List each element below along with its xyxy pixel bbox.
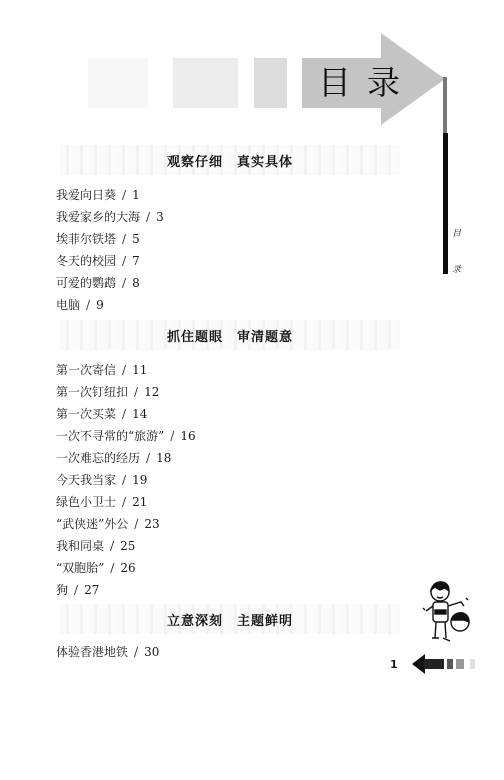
entry-separator: / [110,539,114,553]
entry-separator: / [122,363,126,377]
toc-entry[interactable]: 第一次买菜/14 [56,406,147,422]
entry-page: 14 [132,407,147,421]
entry-page: 21 [132,495,147,509]
entry-separator: / [170,429,174,443]
entry-title: “双胞胎” [56,561,104,575]
entry-title: 我爱向日葵 [56,188,116,202]
banner-fade-block-2 [173,58,238,108]
section-title: 观察仔细 真实具体 [60,151,400,170]
entry-separator: / [122,232,126,246]
entry-separator: / [86,298,90,312]
toc-entry[interactable]: 我和同桌/25 [56,538,135,554]
toc-entry[interactable]: 冬天的校园/7 [56,253,140,269]
entry-title: 今天我当家 [56,473,116,487]
entry-title: 第一次买菜 [56,407,116,421]
entry-title: 我和同桌 [56,539,104,553]
toc-entry[interactable]: 今天我当家/19 [56,472,147,488]
entry-title: 绿色小卫士 [56,495,116,509]
entry-separator: / [134,385,138,399]
entry-page: 27 [84,583,99,597]
entry-title: 第一次钉纽扣 [56,385,128,399]
toc-entry[interactable]: 埃菲尔铁塔/5 [56,231,140,247]
entry-separator: / [74,583,78,597]
entry-page: 5 [132,232,140,246]
section-header: 观察仔细 真实具体 [60,145,400,175]
footer-fade-block-3 [470,659,475,669]
entry-title: 电脑 [56,298,80,312]
entry-separator: / [134,645,138,659]
side-bar-top [443,77,447,133]
section-header: 立意深刻 主题鲜明 [60,604,400,634]
entry-separator: / [146,210,150,224]
footer-arrow-body [424,659,444,669]
entry-separator: / [122,407,126,421]
entry-title: 第一次寄信 [56,363,116,377]
toc-entry[interactable]: 第一次钉纽扣/12 [56,384,159,400]
entry-page: 11 [132,363,147,377]
entry-separator: / [122,495,126,509]
side-tab-char-1: 目 [452,226,461,239]
entry-title: 我爱家乡的大海 [56,210,140,224]
side-tab-char-2: 录 [452,262,461,275]
entry-page: 16 [180,429,195,443]
children-cartoon-icon [418,578,480,652]
entry-page: 8 [132,276,140,290]
entry-page: 12 [144,385,159,399]
entry-separator: / [134,517,138,531]
entry-title: 体验香港地铁 [56,645,128,659]
entry-separator: / [122,473,126,487]
toc-entry[interactable]: 我爱向日葵/1 [56,187,140,203]
toc-entry[interactable]: 可爱的鹦鹉/8 [56,275,140,291]
entry-separator: / [146,451,150,465]
entry-page: 1 [132,188,140,202]
toc-entry[interactable]: “武侠迷”外公/23 [56,516,160,532]
page-number: 1 [390,658,398,671]
entry-page: 23 [144,517,159,531]
toc-entry[interactable]: 第一次寄信/11 [56,362,147,378]
entry-title: 一次难忘的经历 [56,451,140,465]
entry-page: 19 [132,473,147,487]
section-title: 抓住题眼 审清题意 [60,326,400,345]
entry-title: 狗 [56,583,68,597]
banner-fade-block-1 [88,58,148,108]
section-title: 立意深刻 主题鲜明 [60,610,400,629]
entry-page: 25 [120,539,135,553]
section-header: 抓住题眼 审清题意 [60,320,400,350]
side-bar [443,133,448,274]
toc-entry[interactable]: 狗/27 [56,582,99,598]
banner-fade-block-3 [254,58,287,108]
entry-page: 3 [156,210,164,224]
entry-page: 9 [96,298,104,312]
toc-entry[interactable]: 一次不寻常的“旅游”/16 [56,428,196,444]
toc-entry[interactable]: 电脑/9 [56,297,104,313]
page-title: 目录 [318,60,416,106]
entry-title: 冬天的校园 [56,254,116,268]
entry-separator: / [122,188,126,202]
entry-page: 26 [120,561,135,575]
footer-fade-block-2 [456,659,464,669]
entry-title: “武侠迷”外公 [56,517,128,531]
entry-title: 一次不寻常的“旅游” [56,429,164,443]
entry-separator: / [122,254,126,268]
entry-page: 7 [132,254,140,268]
toc-entry[interactable]: 绿色小卫士/21 [56,494,147,510]
toc-entry[interactable]: 我爱家乡的大海/3 [56,209,164,225]
footer-fade-block-1 [447,659,453,669]
toc-entry[interactable]: “双胞胎”/26 [56,560,136,576]
entry-separator: / [122,276,126,290]
entry-page: 30 [144,645,159,659]
toc-entry[interactable]: 一次难忘的经历/18 [56,450,171,466]
toc-entry[interactable]: 体验香港地铁/30 [56,644,159,660]
entry-page: 18 [156,451,171,465]
entry-title: 可爱的鹦鹉 [56,276,116,290]
entry-separator: / [110,561,114,575]
entry-title: 埃菲尔铁塔 [56,232,116,246]
